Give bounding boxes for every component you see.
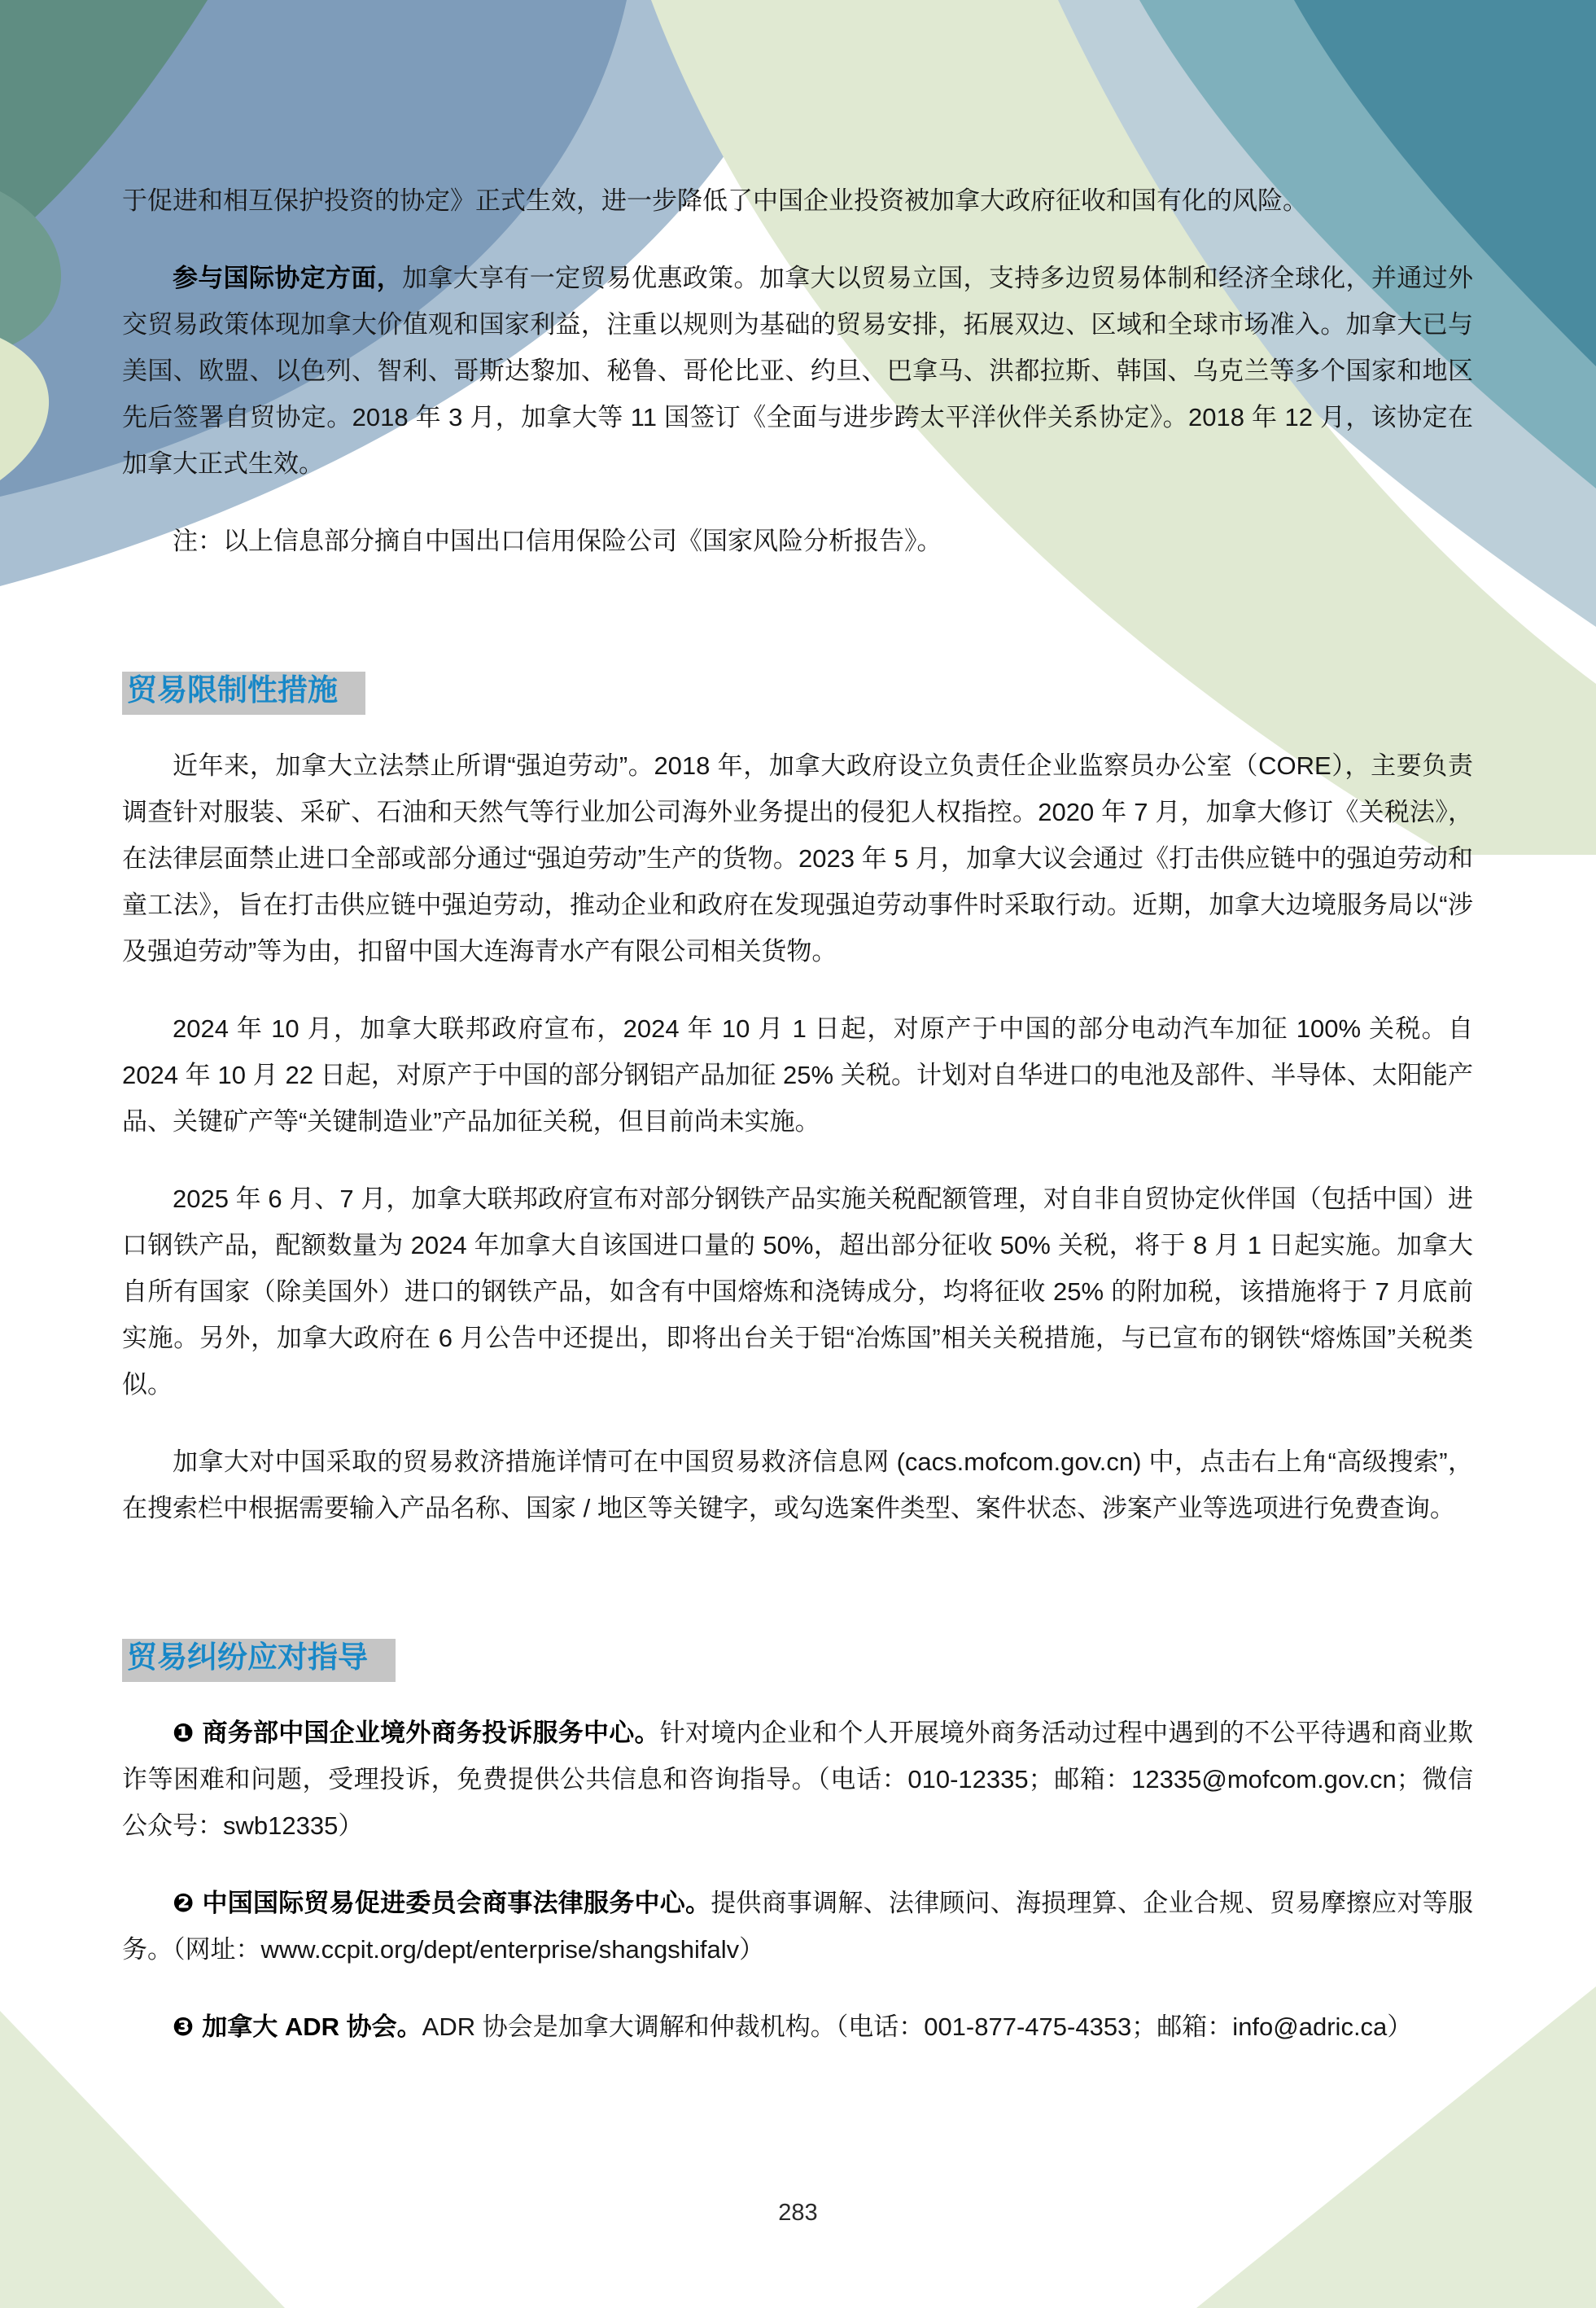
paragraph-trade-remedy-info: 加拿大对中国采取的贸易救济措施详情可在中国贸易救济信息网 (cacs.mofco… [122, 1439, 1473, 1531]
paragraph-2025-steel-quota: 2025 年 6 月、7 月，加拿大联邦政府宣布对部分钢铁产品实施关税配额管理，… [122, 1176, 1473, 1408]
heading-trade-restrictions: 贸易限制性措施 [122, 672, 1473, 715]
paragraph-source-note: 注：以上信息部分摘自中国出口信用保险公司《国家风险分析报告》。 [122, 518, 1473, 564]
heading-dispute-guidance: 贸易纠纷应对指导 [122, 1639, 1473, 1682]
page-content: 于促进和相互保护投资的协定》正式生效，进一步降低了中国企业投资被加拿大政府征收和… [122, 177, 1473, 2081]
guidance-item-3-body: ADR 协会是加拿大调解和仲裁机构。（电话：001-877-475-4353；邮… [422, 2012, 1413, 2041]
circled-number-3-icon: ❸ [173, 2012, 194, 2041]
guidance-item-3-title: ❸加拿大 ADR 协会。 [173, 2012, 422, 2041]
guidance-item-ccpit-center: ❷中国国际贸易促进委员会商事法律服务中心。提供商事调解、法律顾问、海损理算、企业… [122, 1880, 1473, 1973]
guidance-item-3-title-text: 加拿大 ADR 协会。 [202, 2012, 422, 2041]
agreements-body-text: 加拿大享有一定贸易优惠政策。加拿大以贸易立国，支持多边贸易体制和经济全球化，并通… [122, 264, 1473, 478]
guidance-item-2-title-text: 中国国际贸易促进委员会商事法律服务中心。 [202, 1889, 711, 1917]
heading-dispute-guidance-text: 贸易纠纷应对指导 [122, 1639, 396, 1682]
paragraph-intro-continuation: 于促进和相互保护投资的协定》正式生效，进一步降低了中国企业投资被加拿大政府征收和… [122, 177, 1473, 224]
paragraph-agreements: 参与国际协定方面，加拿大享有一定贸易优惠政策。加拿大以贸易立国，支持多边贸易体制… [122, 255, 1473, 487]
agreements-lead-bold: 参与国际协定方面， [173, 264, 402, 292]
guidance-item-adr-institute: ❸加拿大 ADR 协会。ADR 协会是加拿大调解和仲裁机构。（电话：001-87… [122, 2004, 1473, 2050]
circled-number-2-icon: ❷ [173, 1889, 194, 1917]
paragraph-forced-labor: 近年来，加拿大立法禁止所谓“强迫劳动”。2018 年，加拿大政府设立负责任企业监… [122, 742, 1473, 974]
guidance-item-2-title: ❷中国国际贸易促进委员会商事法律服务中心。 [173, 1889, 711, 1917]
page-number: 283 [778, 2200, 817, 2226]
page-footer: 283 [0, 2200, 1596, 2227]
guidance-item-mofcom-center: ❶商务部中国企业境外商务投诉服务中心。针对境内企业和个人开展境外商务活动过程中遇… [122, 1710, 1473, 1849]
heading-trade-restrictions-text: 贸易限制性措施 [122, 672, 365, 715]
guidance-item-1-title-text: 商务部中国企业境外商务投诉服务中心。 [202, 1719, 659, 1747]
circled-number-1-icon: ❶ [173, 1719, 194, 1747]
guidance-item-1-title: ❶商务部中国企业境外商务投诉服务中心。 [173, 1719, 660, 1747]
paragraph-2024-tariffs: 2024 年 10 月，加拿大联邦政府宣布，2024 年 10 月 1 日起，对… [122, 1005, 1473, 1145]
